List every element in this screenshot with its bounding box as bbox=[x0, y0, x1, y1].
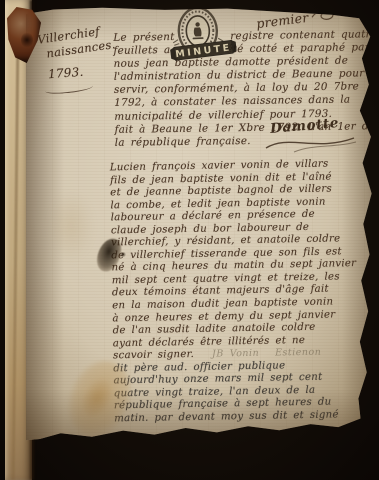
minute-stamp: MINUTE bbox=[157, 5, 237, 68]
water-stain-core bbox=[76, 374, 118, 422]
margin-year: 1793. bbox=[48, 65, 84, 81]
smudge-stain bbox=[50, 194, 92, 258]
birth-act-paragraph: Lucien françois xavier vonin de villars … bbox=[110, 158, 379, 426]
act-line: scavoir signer. bbox=[113, 349, 194, 361]
signature-flourish-icon bbox=[264, 130, 360, 156]
leather-dark-spot bbox=[21, 32, 33, 48]
scanned-register-photo: MINUTE premier Villerchief naissances. 1… bbox=[0, 0, 379, 480]
manuscript-page: MINUTE premier Villerchief naissances. 1… bbox=[26, 6, 373, 442]
faint-witness-signature: JB Vonin bbox=[212, 348, 259, 360]
premier-flourish-icon bbox=[309, 5, 341, 25]
premier-annotation: premier bbox=[255, 5, 341, 31]
year-underline-stroke bbox=[45, 82, 94, 94]
binding-crease bbox=[12, 55, 19, 480]
premier-text: premier bbox=[255, 9, 309, 30]
faint-witness-signature: Estienon bbox=[275, 347, 321, 359]
